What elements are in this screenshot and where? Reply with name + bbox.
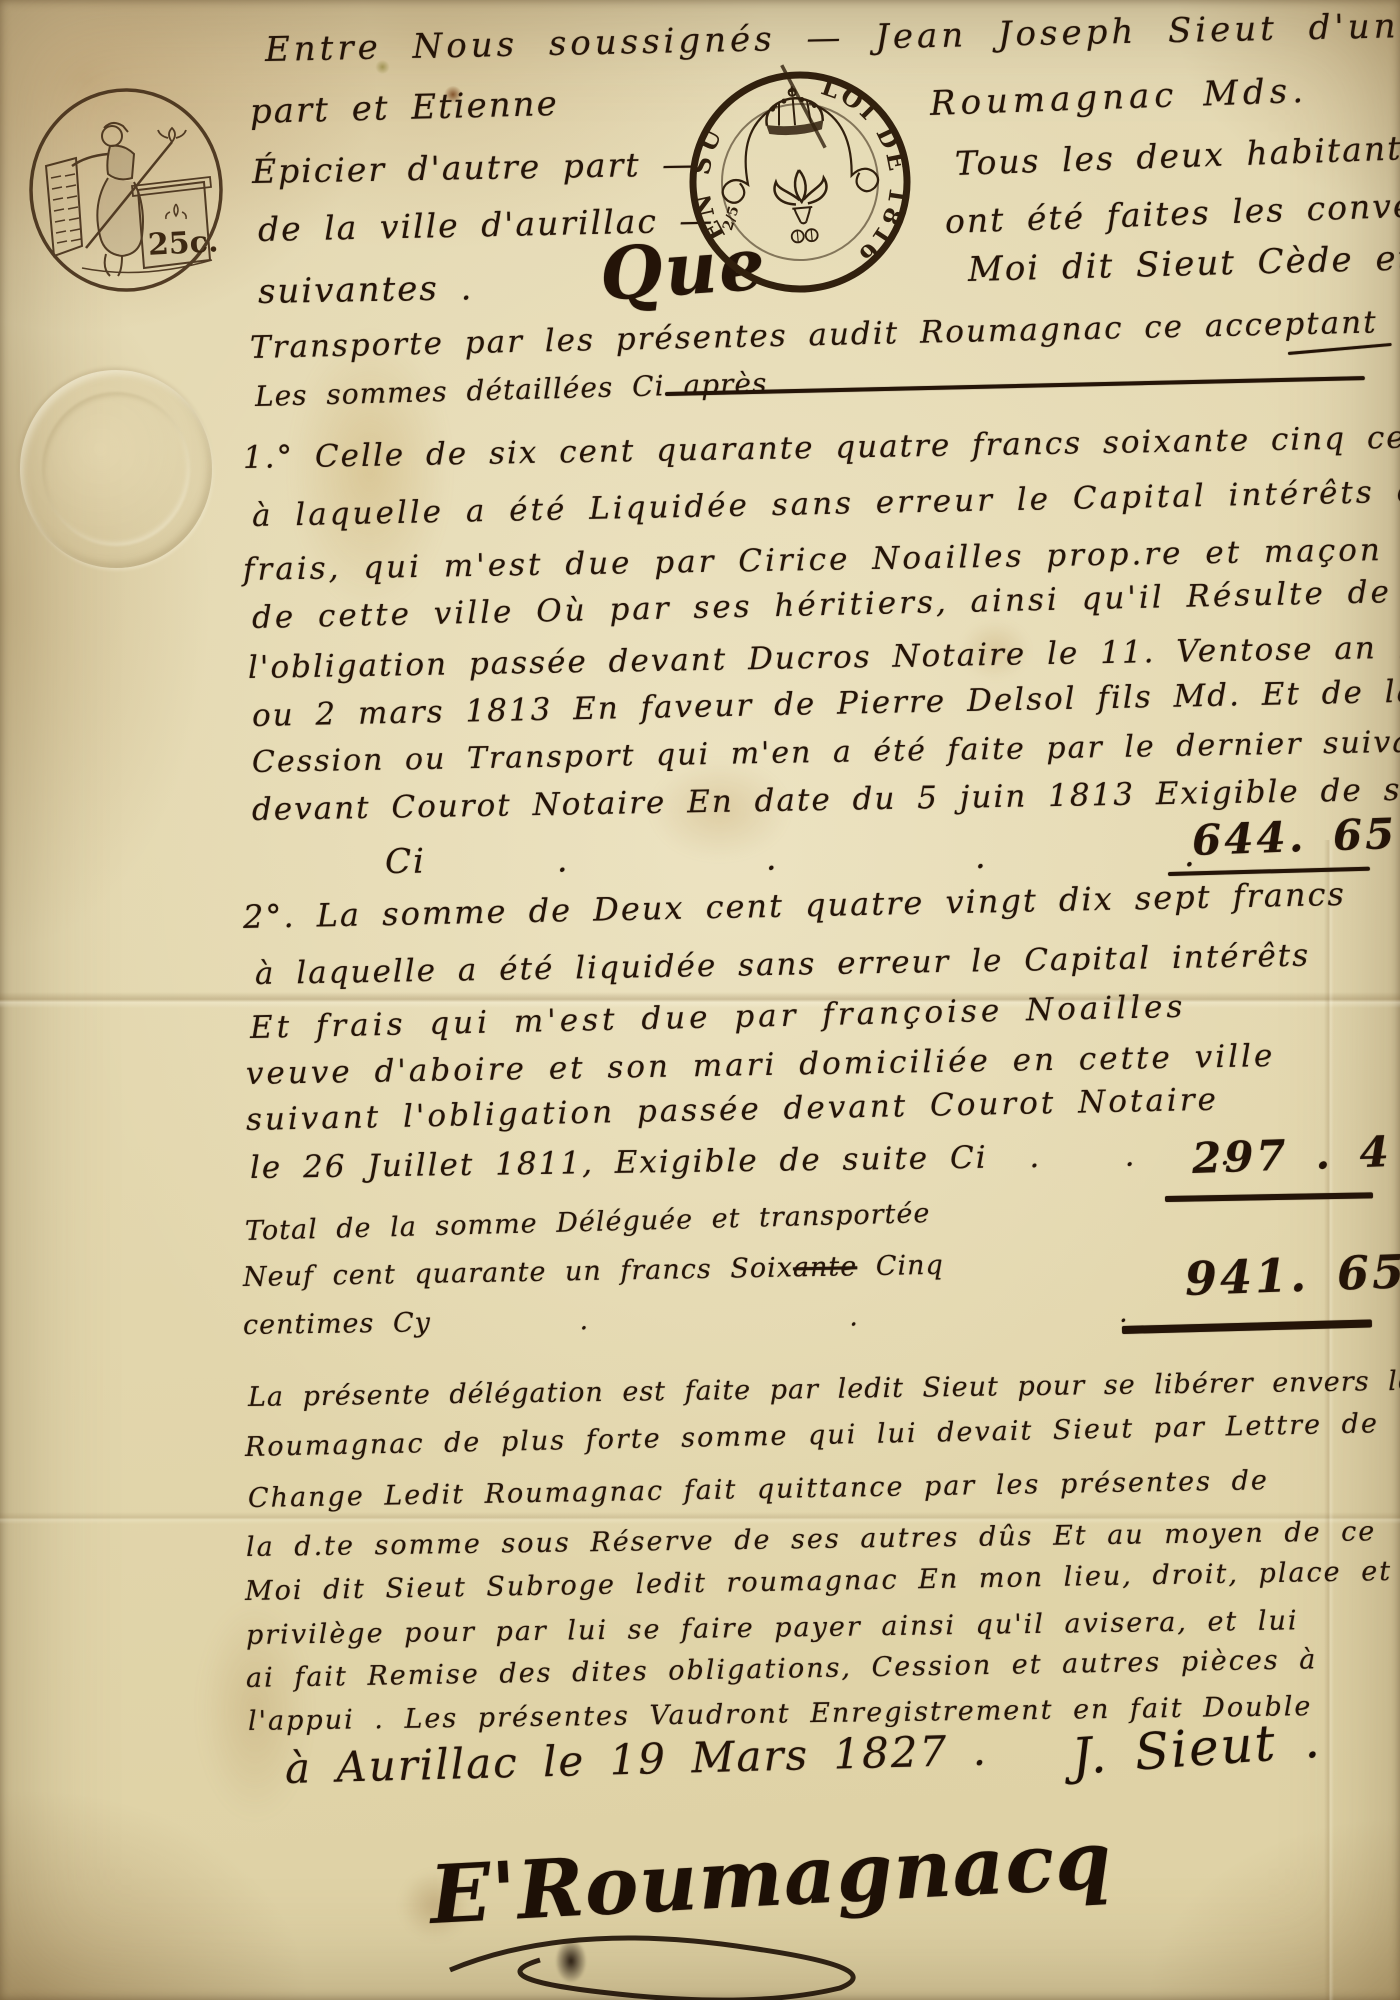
manuscript-line: privilège pour par lui se faire payer ai… [246,1605,1299,1651]
manuscript-line: Moi dit Sieut Cède et [967,238,1400,290]
manuscript-line-part: Neuf cent quarante un francs Soix [243,1252,793,1293]
embossed-seal [20,370,212,568]
manuscript-line: Ci . . . . [385,835,1197,882]
amount-item1: 644. 65 [1191,809,1398,865]
manuscript-line: le 26 Juillet 1811, Exigible de suite Ci… [250,1136,1232,1186]
amount-underline [1165,1192,1373,1202]
manuscript-line: Et frais qui m'est due par françoise Noa… [250,989,1187,1046]
dateline: à Aurillac le 19 Mars 1827 . [284,1726,988,1793]
manuscript-line-part: Cinq [876,1250,944,1282]
signature-roumagnac: E'Roumagnacq [428,1812,1115,1942]
manuscript-line: Transporte par les présentes audit Rouma… [250,304,1378,366]
revenue-stamp-value: 25c. [147,224,219,263]
manuscript-line: ont été faites les conventions [944,182,1400,241]
manuscript-line: Les sommes détaillées Ci après [255,367,768,413]
revenue-stamp-25c: 25c. [26,86,226,298]
manuscript-line: Moi dit Sieut Subroge ledit roumagnac En… [245,1556,1393,1607]
manuscript-line: Épicier d'autre part — [252,144,698,191]
manuscript-line: Total de la somme Déléguée et transporté… [245,1198,931,1247]
manuscript-line: 1.° Celle de six cent quarante quatre fr… [243,418,1400,476]
manuscript-line: La présente délégation est faite par led… [248,1365,1400,1413]
manuscript-line: à laquelle a été liquidée sans erreur le… [255,938,1311,992]
tax-stamp-loi-1816: EN SUS LOI DE 1816 2/5 [670,52,930,312]
manuscript-line: Roumagnac Mds. [929,71,1308,124]
manuscript-line: Neuf cent quarante un francs Soixante Ci… [243,1250,944,1293]
embossed-seal-inner [42,392,190,546]
amount-total: 941. 65 [1184,1244,1400,1306]
signature-flourish [420,1930,1020,2000]
manuscript-line: Cession ou Transport qui m'en a été fait… [252,723,1400,780]
manuscript-line: ai fait Remise des dites obligations, Ce… [246,1644,1318,1694]
manuscript-line: Roumagnac de plus forte somme qui lui de… [245,1408,1380,1463]
manuscript-line: part et Etienne [249,84,559,132]
manuscript-line: Change Ledit Roumagnac fait quittance pa… [248,1465,1269,1514]
amount-item2: 297 . 4 [1191,1127,1392,1183]
flourish-dash [1288,343,1392,355]
total-underline [1122,1319,1372,1334]
manuscript-line: Tous les deux habitants [954,128,1400,183]
flourish-dash [665,376,1365,396]
manuscript-line: 2°. La somme de Deux cent quatre vingt d… [243,875,1347,936]
manuscript-line: la d.te somme sous Réserve de ses autres… [246,1516,1377,1563]
struck-word: ante [793,1251,858,1283]
manuscript-line: suivantes . [258,268,474,312]
manuscript-line: à laquelle a été Liquidée sans erreur le… [252,473,1400,534]
manuscript-line: centimes Cy . . . [243,1298,1129,1341]
manuscript-line: suivant l'obligation passée devant Couro… [246,1082,1220,1138]
manuscript-page: 25c. [0,0,1400,2000]
tax-stamp-fraction-label: 2/5 [720,204,742,232]
